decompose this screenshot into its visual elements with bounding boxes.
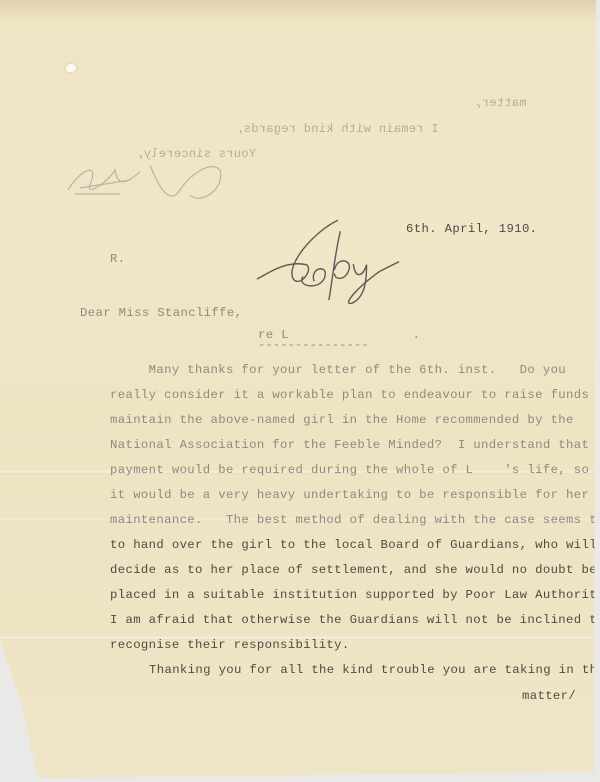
salutation: Dear Miss Stancliffe,: [80, 306, 242, 320]
letter-initial: R.: [110, 252, 125, 266]
body-line: I am afraid that otherwise the Guardians…: [110, 613, 600, 627]
paper-hole: [66, 64, 76, 72]
body-line: maintain the above-named girl in the Hom…: [110, 413, 574, 427]
body-line: to hand over the girl to the local Board…: [110, 538, 600, 552]
body-line: maintenance. The best method of dealing …: [110, 513, 600, 527]
reference-underline: ---------------: [258, 338, 369, 352]
letter-page: matter, I remain with kind regards, Your…: [0, 0, 596, 782]
ghost-signature-icon: [60, 150, 260, 210]
body-line: recognise their responsibility.: [110, 638, 350, 652]
ghost-text-regards: I remain with kind regards,: [236, 122, 439, 136]
copy-handwritten-stamp-icon: [248, 212, 408, 308]
ghost-text-matter: matter,: [474, 96, 527, 110]
closing-line: Thanking you for all the kind trouble yo…: [149, 663, 600, 677]
body-line: payment would be required during the who…: [110, 463, 600, 477]
body-line: decide as to her place of settlement, an…: [110, 563, 597, 577]
body-line: National Association for the Feeble Mind…: [110, 438, 600, 452]
body-line: really consider it a workable plan to en…: [110, 388, 600, 402]
letter-date: 6th. April, 1910.: [406, 222, 537, 236]
body-line: it would be a very heavy undertaking to …: [110, 488, 589, 502]
body-line: Many thanks for your letter of the 6th. …: [110, 363, 566, 377]
body-line: placed in a suitable institution support…: [110, 588, 600, 602]
continuation-mark: matter/: [522, 689, 576, 703]
